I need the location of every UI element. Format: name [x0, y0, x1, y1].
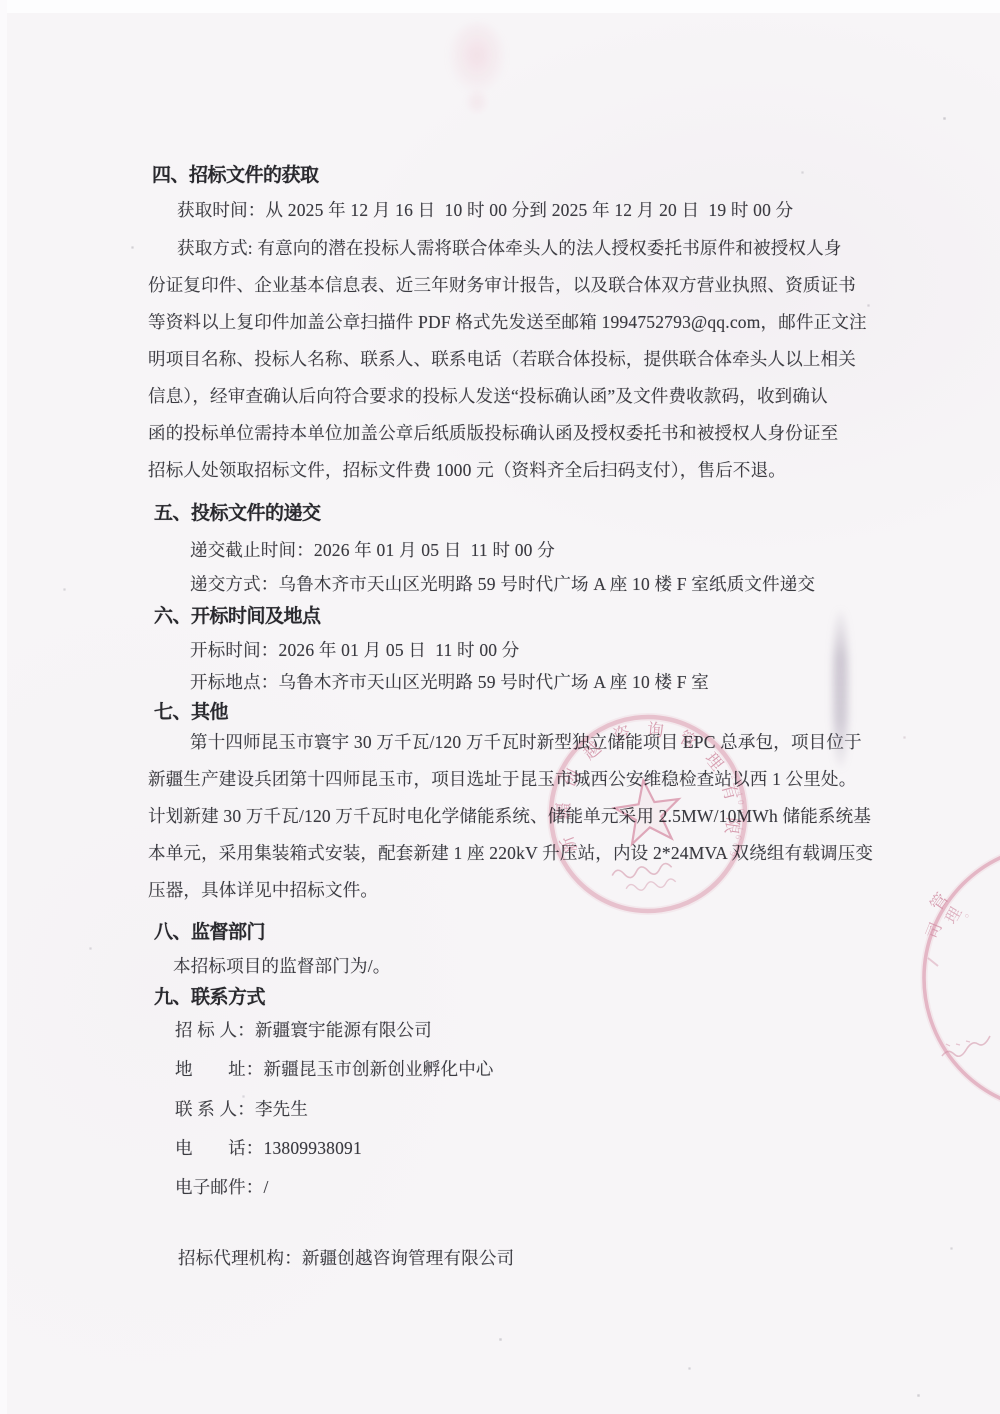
contact-row-tenderer: 招 标 人：新疆寰宇能源有限公司: [175, 1020, 432, 1042]
contact-row-email: 电子邮件：/: [175, 1177, 269, 1199]
line-s4-obtain-time: 获取时间：从 2025 年 12 月 16 日 10 时 00 分到 2025 …: [177, 200, 793, 222]
contact-label: 地 址：: [175, 1059, 264, 1079]
contact-row-address: 地 址：新疆昆玉市创新创业孵化中心: [175, 1059, 494, 1081]
stamp-bleedthrough-top: [446, 22, 508, 96]
line-s4-method-7: 招标人处领取招标文件，招标文件费 1000 元（资料齐全后扫码支付），售后不退。: [148, 460, 786, 482]
contact-value: 李先生: [255, 1099, 308, 1119]
line-s4-method-3: 等资料以上复印件加盖公章扫描件 PDF 格式先发送至邮箱 1994752793@…: [148, 312, 867, 334]
contact-value: 新疆寰宇能源有限公司: [255, 1020, 432, 1040]
line-s4-method-5: 信息），经审查确认后向符合要求的投标人发送“投标确认函”及文件费收款码，收到确认: [148, 386, 828, 408]
edge-seal-tick: [928, 958, 938, 966]
line-s4-method-4: 明项目名称、投标人名称、联系人、联系电话（若联合体投标，提供联合体牵头人以上相关: [148, 349, 856, 371]
contact-row-person: 联 系 人：李先生: [175, 1099, 308, 1121]
heading-section-4: 四、招标文件的获取: [152, 165, 319, 188]
scanned-page: 四、招标文件的获取 获取时间：从 2025 年 12 月 16 日 10 时 0…: [0, 0, 1000, 1414]
line-s5-deadline: 递交截止时间：2026 年 01 月 05 日 11 时 00 分: [190, 540, 555, 562]
agency-row: 招标代理机构：新疆创越咨询管理有限公司: [178, 1248, 514, 1270]
edge-seal-ring-halo: [924, 845, 1000, 1111]
line-s8-supervisor: 本招标项目的监督部门为/。: [173, 956, 390, 978]
contact-value: 新疆昆玉市创新创业孵化中心: [264, 1059, 494, 1079]
contact-row-phone: 电 话：13809938091: [175, 1138, 362, 1160]
line-s4-method-1: 获取方式: 有意向的潜在投标人需将联合体牵头人的法人授权委托书原件和被授权人身: [177, 238, 842, 260]
agency-seal-stamp: 新疆创越咨询管理有限公司 2040001669: [516, 682, 780, 946]
seal-script-squiggle-1: [612, 863, 673, 880]
scan-edge-left: [0, 0, 7, 1414]
heading-section-8: 八、监督部门: [154, 922, 265, 945]
line-s5-submit-method: 递交方式：乌鲁木齐市天山区光明路 59 号时代广场 A 座 10 楼 F 室纸质…: [190, 574, 815, 596]
scan-noise: [0, 0, 1, 1]
seal-star-icon: [611, 776, 684, 846]
contact-value: 13809938091: [264, 1138, 362, 1158]
contact-label: 电 话：: [175, 1138, 264, 1158]
line-s6-open-time: 开标时间：2026 年 01 月 05 日 11 时 00 分: [190, 640, 520, 662]
line-s4-method-2: 份证复印件、企业基本信息表、近三年财务审计报告，以及联合体双方营业执照、资质证书: [148, 275, 856, 297]
contact-label: 联 系 人：: [175, 1099, 255, 1119]
stamp-bleedthrough-top-small: [464, 88, 490, 116]
contact-value: /: [264, 1177, 269, 1197]
heading-section-9: 九、联系方式: [154, 987, 265, 1010]
contact-label: 电子邮件：: [175, 1177, 264, 1197]
heading-section-6: 六、开标时间及地点: [154, 606, 321, 629]
agency-value: 新疆创越咨询管理有限公司: [302, 1248, 514, 1268]
agency-label: 招标代理机构：: [178, 1248, 302, 1268]
seal-script-squiggle-2: [626, 878, 676, 892]
heading-section-7: 七、其他: [154, 702, 228, 725]
edge-seal-dots: [946, 1041, 970, 1046]
scan-smudge-vertical: [833, 610, 848, 768]
scan-edge-top: [0, 0, 1000, 13]
line-s7-5: 压器，具体详见中招标文件。: [148, 880, 378, 902]
line-s4-method-6: 函的投标单位需持本单位加盖公章后纸质版投标确认函及授权委托书和被授权人身份证至: [148, 423, 838, 445]
edge-seal-stamp: 管 理 司 。: [850, 830, 1000, 1130]
heading-section-5: 五、投标文件的递交: [154, 503, 321, 526]
contact-label: 招 标 人：: [175, 1020, 255, 1040]
